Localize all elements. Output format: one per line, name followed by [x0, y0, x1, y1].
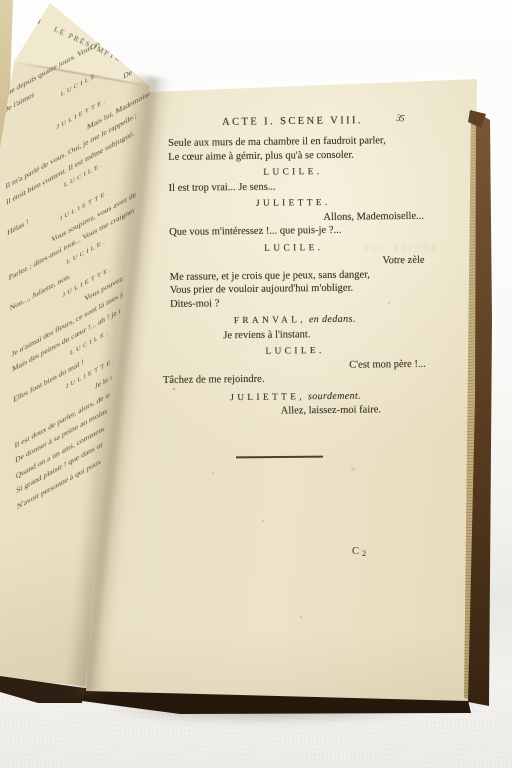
stage-direction: en dedans. [306, 314, 356, 326]
text-line: Il est trop vrai... Je sens... [161, 178, 426, 195]
speaker-name: JULIETTE, [230, 392, 305, 403]
speaker-name: JULIETTE. [256, 198, 331, 209]
stage-direction: sourdement. [305, 390, 361, 402]
scene-end-rule [236, 456, 323, 458]
speaker-name: FRANVAL, [234, 315, 306, 326]
signature-letter: C [352, 546, 359, 557]
speaker-name: LUCILE. [263, 167, 322, 178]
speaker-name: LUCILE. [265, 346, 324, 357]
open-book-photo: 34 LE PRÉSOMPTUEUX, Que depuis quatre jo… [0, 0, 512, 768]
signature-number: 2 [362, 548, 366, 558]
text-line: Je reviens à l'instant. [162, 326, 427, 343]
right-page-dialogue: Seule aux murs de ma chambre il en faudr… [160, 134, 428, 420]
signature-mark: C2 [352, 546, 363, 557]
text-line: Allez, laissez-moi faire. [163, 403, 428, 420]
text-line: Le cœur aime à gémir, plus qu'à se conso… [160, 147, 425, 164]
text-line: Tâchez de me rejoindre. [163, 371, 428, 388]
right-page-folio: 35 [395, 114, 404, 125]
text-line: Que vous m'intéressez !... que puis-je ?… [161, 223, 426, 240]
text-line: Dites-moi ? [162, 294, 427, 311]
page-header: ACTE I. SCENE VIII. [160, 114, 425, 128]
speaker-name: LUCILE. [264, 243, 323, 254]
